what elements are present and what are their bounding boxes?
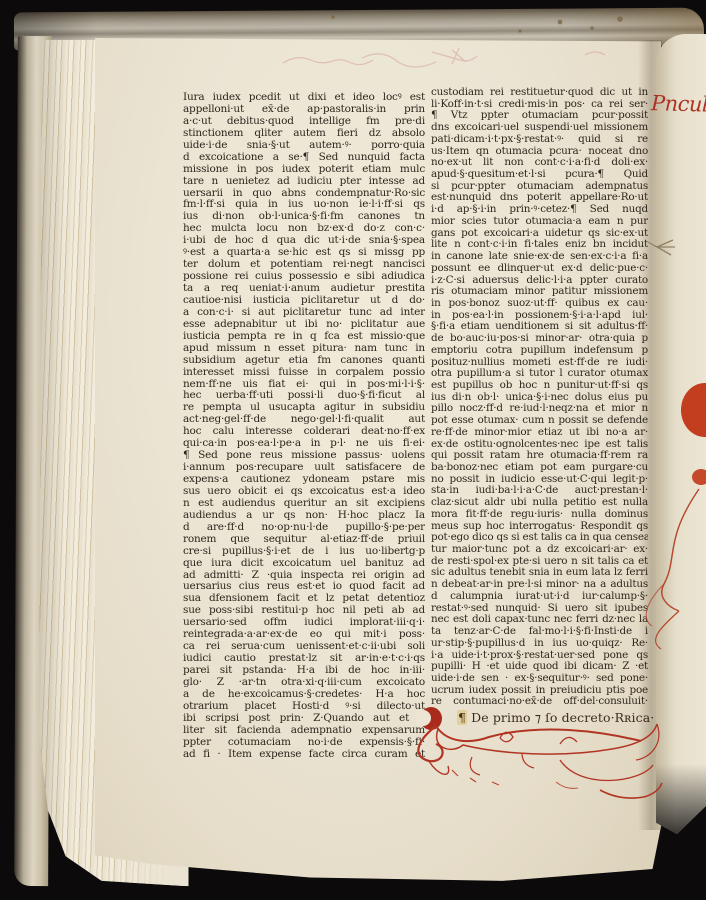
text-line: ba·bonoz·nec etiam pot eam purgare·cu [431, 462, 648, 474]
text-line: tur maior·tunc pot a dz excoicari·ar· ex… [431, 544, 648, 556]
text-line: sue poss·sibi restitui·p hoc nil peti ab… [183, 605, 425, 617]
text-line: iudici cautio prestat·lz sit ar·in·e·t·c… [183, 653, 425, 665]
text-line: est·nunquid dns poterit appellare·Ro·ut [431, 192, 648, 204]
text-line: stinctionem qliter autem fieri dz absolo [183, 128, 425, 140]
text-line: ta tenz·ar·C·de fal·mo·l·i·§·fi·Insti·de… [431, 626, 648, 638]
text-line: re contumaci·no·ex̄·de off·del·consuluit… [431, 696, 648, 708]
text-line: no possit in iudicio esse·ut·C·qui legit… [431, 474, 648, 486]
pilcrow-mark: ¶ [457, 710, 467, 725]
text-line: dns excoicari·uel suspendi·uel missionem [431, 122, 648, 134]
text-line: sua dfensionem facit et lz petat detenti… [183, 593, 425, 605]
text-line: in pos·ea·l·in possionem·§·i·a·l·apd iul… [431, 310, 648, 322]
text-line: de resti·spol·ex pte·si uero n sit talis… [431, 556, 648, 568]
text-line: d are·ff·d no·op·nu·l·de pupillo·§·pe·pe… [183, 522, 425, 534]
text-line: re pempta ul usucapta agitur in subsidiu [183, 402, 425, 414]
text-line: glo· Z ·ar·tn otra·xi·q·iii·cum excoicat… [183, 677, 425, 689]
text-line: uersarii in quo abns condempnatur·Ro·sic [183, 188, 425, 200]
text-line: subsidium agetur etia fm canones quanti [183, 355, 425, 367]
text-line: ppter cotumaciam no·i·de expensis·§·fi· [183, 737, 425, 749]
text-line: us·Item qn otumacia pcura· noceat dno [431, 146, 648, 158]
text-line: reintegrada·a·ar·ex·de eo qui mit·i poss… [183, 629, 425, 641]
text-line: posituz·nullius mometi est·ff·de re iudi… [431, 357, 648, 369]
text-line: i·a uide·i·t·prox·§·restat·uer·sed pone … [431, 650, 648, 662]
text-line: ꝰ·est a quarta·a se·hic est qs si missg … [183, 247, 425, 259]
text-line: apud missum n esset pitura· nam tunc in [183, 343, 425, 355]
text-line: i·ubi de hoc d qua dic ut·i·de snia·§·sp… [183, 235, 425, 247]
text-line: emptoriu cotra pupillum indefensum p [431, 345, 648, 357]
text-line: li·Koff·in·t·si credi·mis·in pos· ca rei… [431, 99, 648, 111]
text-line: possione rei cuius possessio e sibi adiu… [183, 271, 425, 283]
text-line: ius di·n ob·l· unica·§·i·nec dolus eius … [431, 392, 648, 404]
text-line: ¶ Vtz ppter otumaciam pcur·possit [431, 110, 648, 122]
text-line: ibi scripsi post prin· Z·Quando aut et q [183, 713, 425, 725]
text-line: apud·§·quesitum·et·l·si pcura·¶ Quid [431, 169, 648, 181]
rubric-line: ¶ De primo ⁊ ſo decreto·Rʀica· [457, 710, 667, 725]
text-line: otrarium placet Hosti·d ꝰ·si dilecto·ut [183, 701, 425, 713]
text-line: uide·i·de sen · ex·§·sequitur·ꝰ· sed pon… [431, 673, 648, 685]
text-line: n est audiendus queritur an sit excipien… [183, 498, 425, 510]
text-line: ronem que sequitur al·etiaz·ff·de priuil [183, 534, 425, 546]
text-line: ta a req ueniat·i·anum audietur prestita [183, 283, 425, 295]
text-line: ucrum iudex possit in preiudiciu ptis po… [431, 685, 648, 697]
text-line: possunt ee dlinquer·ut ex·d delic·pue·c· [431, 263, 648, 275]
text-line: otra pupillum·a si tutor l curator otuma… [431, 368, 648, 380]
text-line: ex·de ostitu·ognolcentes·nec ipe est tal… [431, 439, 648, 451]
text-line: d excoicatione a se·¶ Sed nunquid facta [183, 152, 425, 164]
text-line: nem·ff·ne uis fiat ei· qui in pos·mi·l·i… [183, 379, 425, 391]
text-line: no·ex·ut lit non cont·c·i·a·fi·d doli·ex… [431, 157, 648, 169]
text-line: sta·in iudi·ba·l·i·a·C·de auct·prestan·l… [431, 485, 648, 497]
text-line: Iura iudex pcedit ut dixi et ideo locꝰ e… [183, 92, 425, 104]
text-line: fm·l·ff·si quia in ius uo·non ie·l·i·ff·… [183, 199, 425, 211]
text-line: pot·ego dico qs si est talis ca in qua c… [431, 532, 648, 544]
text-line: pati·dicam·i·t·px·§·restat·ꝰ· quid si re [431, 134, 648, 146]
text-line: n debeat·ar·in pre·l·si minor· na a adul… [431, 579, 648, 591]
text-line: act·neg·gel·ff·de nego·gel·l·fi·qualit a… [183, 414, 425, 426]
text-line: lite n cont·c·i·in fi·tales eniz bn inci… [431, 239, 648, 251]
text-line: sic adultus tenebit snia in eum lata lz … [431, 567, 648, 579]
text-line: missione in pos iudex poterit etiam mulc [183, 164, 425, 176]
text-line: hoc calu interesse colderari deat·no·ff·… [183, 426, 425, 438]
text-line: i·annum pos·recupare uult satisfacere de [183, 462, 425, 474]
text-line: hec mulcta locu non bz·ex·d do·z con·c· [183, 223, 425, 235]
text-line: ur·stip·§·pupillus·d in ius uo·quiqz· Re… [431, 638, 648, 650]
text-line: restat·ꝰ·sed nunquid· Si uero sit ipubes [431, 603, 648, 615]
text-line: i·d ap·§·i·in prin·ꝰ·cetez·¶ Sed nuqd [431, 204, 648, 216]
text-line: a·c·ut debitus·quod intellige fm pre·di [183, 116, 425, 128]
text-line: in pos·bonoz suoz·ut·ff· quibus ex cau· [431, 298, 648, 310]
text-line: qui·ca·in pos·ea·l·pe·a in p·l· ne uis f… [183, 438, 425, 450]
text-line: custodiam rei restituetur·quod dic ut in [431, 87, 648, 99]
text-line: sus uero obicit ei qs excoicatus est·a i… [183, 486, 425, 498]
text-line: a de he·excoicamus·§·credetes· H·a hoc [183, 689, 425, 701]
text-line: ¶ Sed pone reus missione passus· uolens [183, 450, 425, 462]
text-column-left: Iura iudex pcedit ut dixi et ideo locꝰ e… [183, 92, 425, 761]
text-line: ca rei serua·cum uenissent·et·c·ii·ubi s… [183, 641, 425, 653]
text-line: uersario·sed offm iudici implorat·iii·q·… [183, 617, 425, 629]
text-line: si pcur·ppter otumaciam adempnatus [431, 181, 648, 193]
text-line: que iura dicit excoicatum uel banituz ad [183, 558, 425, 570]
photograph-of-incunabulum: Iura iudex pcedit ut dixi et ideo locꝰ e… [0, 0, 706, 900]
text-line: qui possit ratam hre otumacia·ff·rem ra [431, 450, 648, 462]
text-line: pot esse otumax· cum n possit se defende [431, 415, 648, 427]
text-line: iusticia pempta re in q fca est missio·q… [183, 331, 425, 343]
red-crescent-mark [420, 707, 442, 730]
text-line: de bo·auc·iu·pos·si minor·ar· otra·quia … [431, 333, 648, 345]
text-line: ad fi · Item expense facte circa curam e… [183, 749, 425, 761]
text-line: cautioe·nisi iusticia piclitaretur ut d … [183, 295, 425, 307]
text-line: interesset missi fuisse in corpalem poss… [183, 367, 425, 379]
text-line: parei sit pstanda· H·a ibi de hoc in·iii… [183, 665, 425, 677]
text-line: nec est doli capax·tunc nec ferri dz·nec… [431, 614, 648, 626]
text-line: expens·a cautionez ydoneam pstare mis [183, 474, 425, 486]
text-line: gans pot excoicari·a uidetur qs sic·ex·u… [431, 228, 648, 240]
text-line: ad admitti· Z ·quia inspecta rei origin … [183, 570, 425, 582]
text-line: uersarius cius reus est·et io quod facit… [183, 581, 425, 593]
text-line: esse adepnabitur ut ibi no· piclitatur a… [183, 319, 425, 331]
text-line: liter sit facienda adempnatio expensarum [183, 725, 425, 737]
text-line: re·ff·de minor·mior etiaz ut ibi no·a ar… [431, 427, 648, 439]
text-line: meus sup hoc interrogatus· Respondit qs [431, 521, 648, 533]
text-line: mora fit·ff·de regu·iuris· nulla dominus [431, 509, 648, 521]
text-line: i·z·C·si aduersus delic·l·i·a ppter cura… [431, 275, 648, 287]
text-line: a con·c·i· si aut piclitaretur tunc ad i… [183, 307, 425, 319]
text-line: d calumpnia iurat·ut·i·d iur·calump·§· [431, 591, 648, 603]
text-line: ris otumaciam minor patitur missionem [431, 286, 648, 298]
text-line: ius di·non ob·l·unica·§·fi·fm canones tn [183, 211, 425, 223]
text-line: in canone late snie·ex·de sen·ex·c·i·a f… [431, 251, 648, 263]
text-line: audiendus a ur qs non· H·hoc placz Ia [183, 510, 425, 522]
text-line: hec uerba·ff·uti possi·li duo·§·fi·ficut… [183, 390, 425, 402]
text-line: pillo nocz·ff·d re·iud·l·neqz·na et mior… [431, 403, 648, 415]
text-line: pupilli· H ·et uide quod ibi dicam· Z ·e… [431, 661, 648, 673]
text-line: mior scies tutor otumacia·a eam n pur [431, 216, 648, 228]
text-line: claz·sicut aldr ubi nulla petitio est nu… [431, 497, 648, 509]
rubric-text: De primo ⁊ ſo decreto·Rʀica· [471, 710, 654, 725]
text-line: cre·si pupillus·§·i·et de i ius uo·liber… [183, 546, 425, 558]
red-marginal-title: Pncula [651, 91, 706, 117]
text-line: §·fi·a etiam uenditionem si sit adultus·… [431, 321, 648, 333]
text-line: est pupillus ob hoc n punitur·ut·ff·si q… [431, 380, 648, 392]
red-crescent-inner [415, 710, 431, 726]
text-line: tare n uenietez ad iudiciu pter intesse … [183, 176, 425, 188]
text-line: appelloni·ut ex̄·de ap·pastoralis·in pri… [183, 104, 425, 116]
text-column-right: custodiam rei restituetur·quod dic ut in… [431, 87, 648, 708]
text-line: uide·i·de snia·§·ut autem·ꝰ· porro·quia [183, 140, 425, 152]
text-line: ter dolum et potentiam rei·negt nancisci [183, 259, 425, 271]
